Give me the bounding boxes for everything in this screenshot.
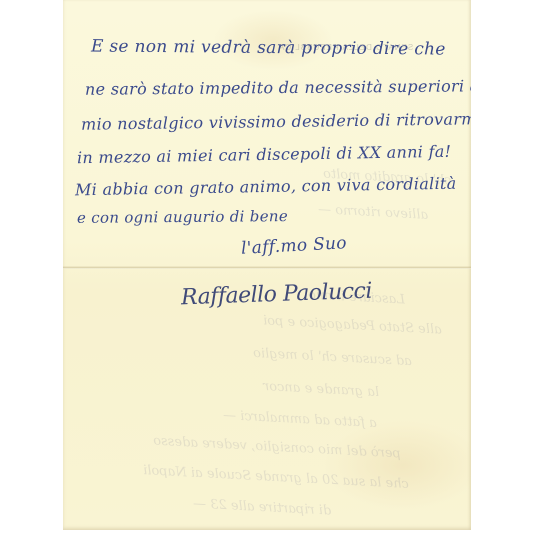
letter-body-line: mio nostalgico vivissimo desiderio di ri…	[81, 109, 471, 134]
letter-body-line: Mi abbia con grato animo, con viva cordi…	[75, 174, 457, 200]
letter-paper: SENATO DELLA REPUBBLICA ch' lo gradito m…	[63, 0, 471, 530]
signature: Raffaello Paolucci	[181, 279, 373, 311]
bleed-through-line: ad scusare ch' lo meglio	[253, 346, 413, 369]
paper-fold-line	[63, 266, 471, 269]
scan-background: SENATO DELLA REPUBBLICA ch' lo gradito m…	[0, 0, 533, 533]
paper-stain	[323, 420, 471, 510]
letter-body-line: E se non mi vedrà sarà proprio dire che	[91, 36, 446, 59]
letter-body-line: in mezzo ai miei cari discepoli di XX an…	[77, 142, 452, 168]
bleed-through-line: a fatto ad ammalarci —	[223, 408, 377, 431]
letter-body-line: ne sarò stato impedito da necessità supe…	[85, 76, 471, 98]
bleed-through-line: la grande e ancor	[263, 379, 380, 400]
bleed-through-line: alle Stato Pedagogico e poi	[263, 313, 442, 337]
letter-closing: l'aff.mo Suo	[241, 233, 348, 259]
bleed-through-line: allievo ritorno —	[318, 202, 429, 223]
letter-body-line: e con ogni augurio di bene	[77, 207, 288, 227]
bleed-through-line: di ripartire alle 23 —	[193, 496, 332, 518]
